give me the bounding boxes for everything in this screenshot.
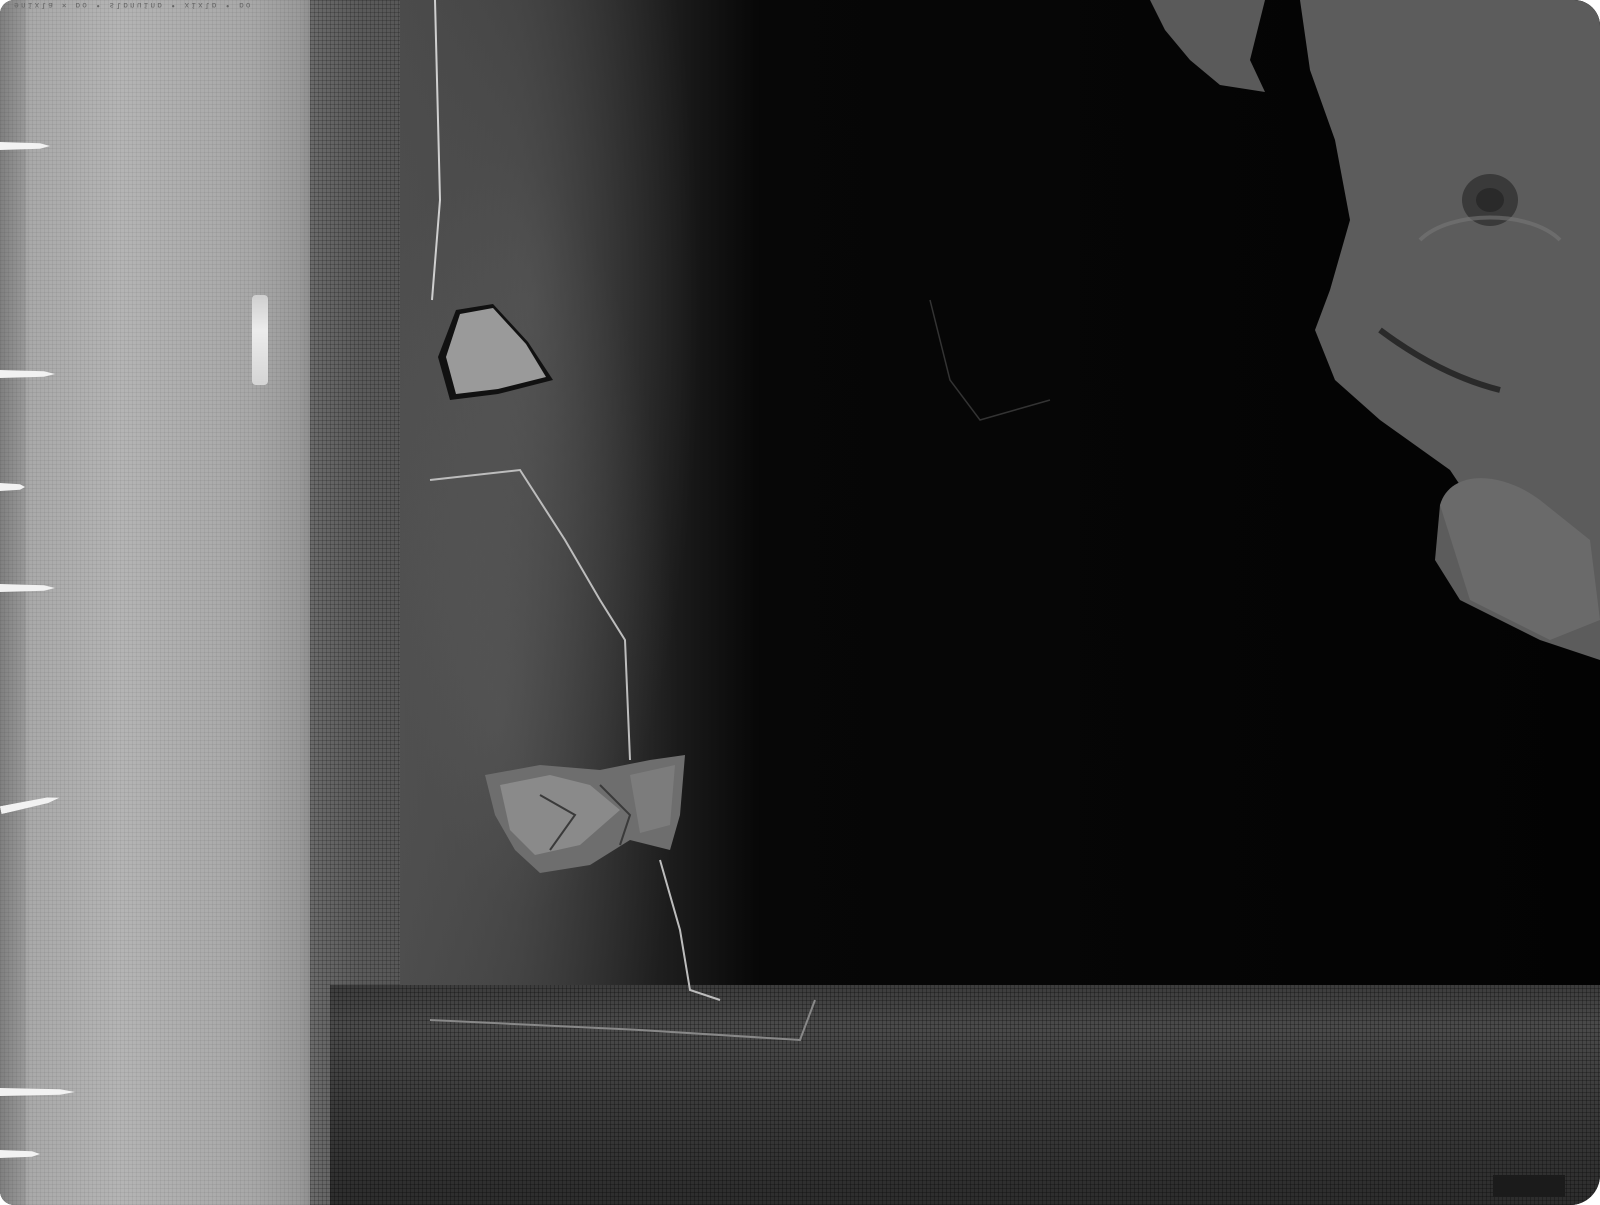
xray-image: ɘnixla × ɒo • slɒnuinɒ • xixlɒ • ɒo	[0, 0, 1600, 1205]
crack-lines	[0, 0, 1600, 1205]
edge-tape-text: ɘnixla × ɒo • slɒnuinɒ • xixlɒ • ɒo	[14, 0, 444, 10]
